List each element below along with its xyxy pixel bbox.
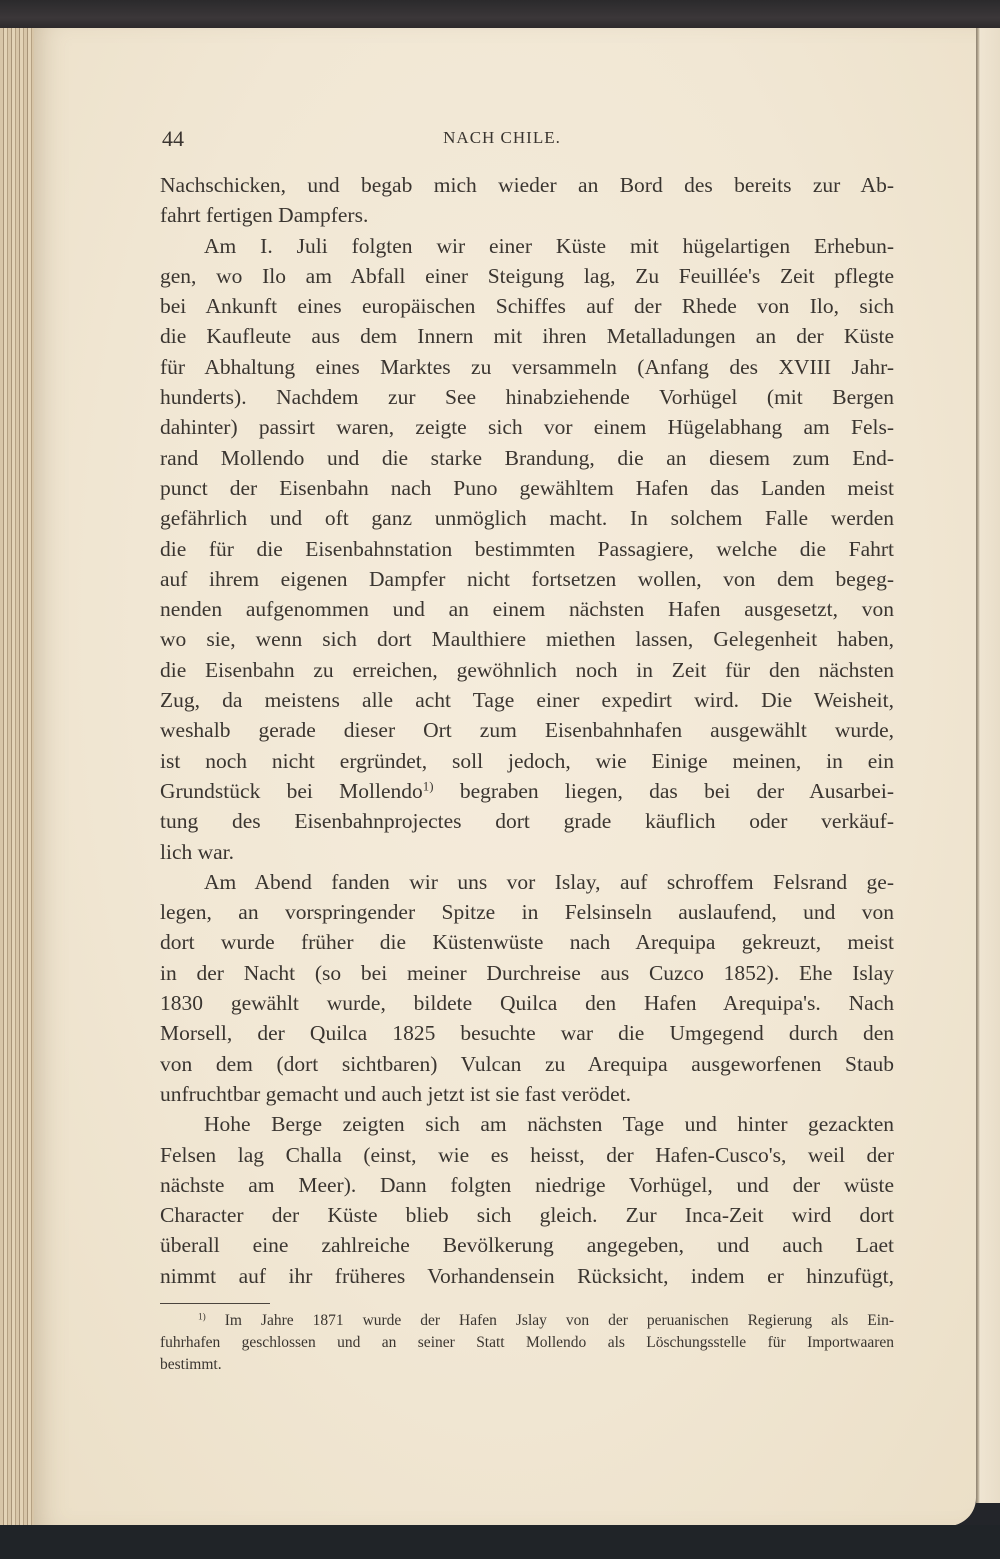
page-stack-edge xyxy=(0,28,38,1528)
footnote-line: bestimmt. xyxy=(160,1354,894,1376)
page-header: 44 NACH CHILE. xyxy=(160,118,894,158)
text-line: lich war. xyxy=(160,837,894,867)
text-line: weshalb gerade dieser Ort zum Eisenbahnh… xyxy=(160,715,894,745)
text-line: für Abhaltung eines Marktes zu versammel… xyxy=(160,352,894,382)
text-line: die Kaufleute aus dem Innern mit ihren M… xyxy=(160,321,894,351)
text-line: Morsell, der Quilca 1825 besuchte war di… xyxy=(160,1018,894,1048)
footnote-reference[interactable]: 1) xyxy=(423,779,434,793)
text-line: nimmt auf ihr früheres Vorhandensein Rüc… xyxy=(160,1261,894,1291)
footnote-line: fuhrhafen geschlossen und an seiner Stat… xyxy=(160,1332,894,1354)
text-line: von dem (dort sichtbaren) Vulcan zu Areq… xyxy=(160,1049,894,1079)
text-line: Felsen lag Challa (einst, wie es heisst,… xyxy=(160,1140,894,1170)
body-text: Nachschicken, und begab mich wieder an B… xyxy=(160,170,894,1291)
book-cover-top xyxy=(0,0,1000,30)
footnote-line: 1) Im Jahre 1871 wurde der Hafen Jslay v… xyxy=(160,1310,894,1332)
text-line: punct der Eisenbahn nach Puno gewähltem … xyxy=(160,473,894,503)
text-line: auf ihrem eigenen Dampfer nicht fortsetz… xyxy=(160,564,894,594)
text-fragment: Grundstück bei Mollendo xyxy=(160,779,423,803)
text-line: dort wurde früher die Küstenwüste nach A… xyxy=(160,927,894,957)
text-line: tung des Eisenbahnprojectes dort grade k… xyxy=(160,806,894,836)
footnote: 1) Im Jahre 1871 wurde der Hafen Jslay v… xyxy=(160,1310,894,1376)
text-line: Nachschicken, und begab mich wieder an B… xyxy=(160,170,894,200)
text-line: nächste am Meer). Dann folgten niedrige … xyxy=(160,1170,894,1200)
footnote-divider xyxy=(160,1303,270,1304)
page-content: 44 NACH CHILE. Nachschicken, und begab m… xyxy=(160,118,894,1376)
text-line-with-footnote-ref: Grundstück bei Mollendo1) begraben liege… xyxy=(160,776,894,806)
text-line: Am Abend fanden wir uns vor Islay, auf s… xyxy=(160,867,894,897)
text-line: legen, an vorspringender Spitze in Felsi… xyxy=(160,897,894,927)
text-line: gefährlich und oft ganz unmöglich macht.… xyxy=(160,503,894,533)
text-line: wo sie, wenn sich dort Maulthiere miethe… xyxy=(160,624,894,654)
text-line: Zug, da meistens alle acht Tage einer ex… xyxy=(160,685,894,715)
footnote-text: Im Jahre 1871 wurde der Hafen Jslay von … xyxy=(206,1312,894,1329)
text-line: bei Ankunft eines europäischen Schiffes … xyxy=(160,291,894,321)
footnote-marker: 1) xyxy=(198,1312,206,1322)
text-line: überall eine zahlreiche Bevölkerung ange… xyxy=(160,1230,894,1260)
text-line: Hohe Berge zeigten sich am nächsten Tage… xyxy=(160,1109,894,1139)
text-line: rand Mollendo und die starke Brandung, d… xyxy=(160,443,894,473)
text-line: unfruchtbar gemacht und auch jetzt ist s… xyxy=(160,1079,894,1109)
text-line: Am I. Juli folgten wir einer Küste mit h… xyxy=(160,231,894,261)
running-head: NACH CHILE. xyxy=(160,128,894,148)
text-fragment: begraben liegen, das bei der Ausarbei- xyxy=(434,779,894,803)
text-line: die Eisenbahn zu erreichen, gewöhnlich n… xyxy=(160,655,894,685)
text-line: fahrt fertigen Dampfers. xyxy=(160,200,894,230)
text-line: 1830 gewählt wurde, bildete Quilca den H… xyxy=(160,988,894,1018)
text-line: Character der Küste blieb sich gleich. Z… xyxy=(160,1200,894,1230)
book-cover-bottom xyxy=(0,1525,1000,1559)
facing-page-edge xyxy=(976,28,1000,1503)
text-line: hunderts). Nachdem zur See hinabziehende… xyxy=(160,382,894,412)
text-line: die für die Eisenbahnstation bestimmten … xyxy=(160,534,894,564)
text-line: gen, wo Ilo am Abfall einer Steigung lag… xyxy=(160,261,894,291)
text-line: ist noch nicht ergründet, soll jedoch, w… xyxy=(160,746,894,776)
text-line: nenden aufgenommen und an einem nächsten… xyxy=(160,594,894,624)
text-line: dahinter) passirt waren, zeigte sich vor… xyxy=(160,412,894,442)
text-line: in der Nacht (so bei meiner Durchreise a… xyxy=(160,958,894,988)
